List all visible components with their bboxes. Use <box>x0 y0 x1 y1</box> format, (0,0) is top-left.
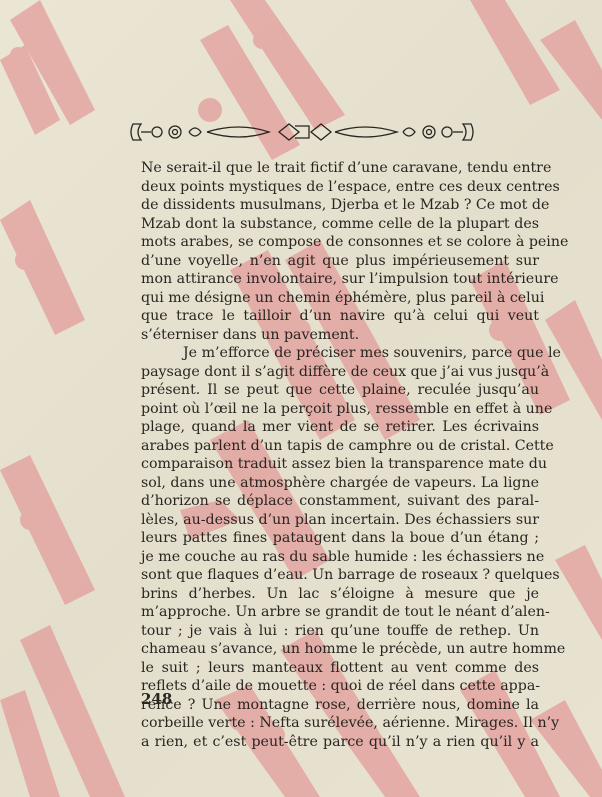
text-line: s’éterniser dans un pavement. <box>141 326 539 345</box>
text-line: que trace le tailloir d’un navire qu’à c… <box>141 307 539 326</box>
text-line: plage, quand la mer vient de se retirer.… <box>141 418 539 437</box>
ornament-divider <box>129 120 475 144</box>
page-number: 248 <box>141 690 172 708</box>
text-line: lèles, au-dessus d’un plan incertain. De… <box>141 511 539 530</box>
text-line: présent. Il se peut que cette plaine, re… <box>141 381 539 400</box>
text-line: mon attirance involontaire, sur l’impuls… <box>141 270 539 289</box>
text-line: Je m’efforce de préciser mes souvenirs, … <box>141 344 539 363</box>
text-line: a rien, et c’est peut-être parce qu’il n… <box>141 733 539 752</box>
body-text: Ne serait-il que le trait fictif d’une c… <box>141 159 539 751</box>
text-line: tour ; je vais à lui : rien qu’une touff… <box>141 622 539 641</box>
text-line: Ne serait-il que le trait fictif d’une c… <box>141 159 539 178</box>
text-line: point où l’œil ne la perçoit plus, resse… <box>141 400 539 419</box>
text-line: d’horizon se déplace constamment, suivan… <box>141 492 539 511</box>
text-line: rence ? Une montagne rose, derrière nous… <box>141 696 539 715</box>
text-line: sont que flaques d’eau. Un barrage de ro… <box>141 566 539 585</box>
text-line: je me couche au ras du sable humide : le… <box>141 548 539 567</box>
text-line: brins d’herbes. Un lac s’éloigne à mesur… <box>141 585 539 604</box>
paragraph-2: Je m’efforce de préciser mes souvenirs, … <box>141 344 539 751</box>
text-line: le suit ; leurs manteaux flottent au ven… <box>141 659 539 678</box>
text-line: reflets d’aile de mouette : quoi de réel… <box>141 677 539 696</box>
text-line: sol, dans une atmosphère chargée de vape… <box>141 474 539 493</box>
text-line: mots arabes, se compose de consonnes et … <box>141 233 539 252</box>
text-line: m’approche. Un arbre se grandit de tout … <box>141 603 539 622</box>
text-line: de dissidents musulmans, Djerba et le Mz… <box>141 196 539 215</box>
text-line: leurs pattes fines pataugent dans la bou… <box>141 529 539 548</box>
text-line: corbeille verte : Nefta surélevée, aérie… <box>141 714 539 733</box>
text-line: comparaison traduit assez bien la transp… <box>141 455 539 474</box>
text-line: d’une voyelle, n’en agit que plus impéri… <box>141 252 539 271</box>
text-line: qui me désigne un chemin éphémère, plus … <box>141 289 539 308</box>
text-line: arabes parlent d’un tapis de camphre ou … <box>141 437 539 456</box>
paragraph-1: Ne serait-il que le trait fictif d’une c… <box>141 159 539 344</box>
text-line: deux points mystiques de l’espace, entre… <box>141 178 539 197</box>
book-page: Ne serait-il que le trait fictif d’une c… <box>0 0 602 797</box>
text-line: chameau s’avance, un homme le précède, u… <box>141 640 539 659</box>
text-line: paysage dont il s’agit diffère de ceux q… <box>141 363 539 382</box>
text-line: Mzab dont la substance, comme celle de l… <box>141 215 539 234</box>
